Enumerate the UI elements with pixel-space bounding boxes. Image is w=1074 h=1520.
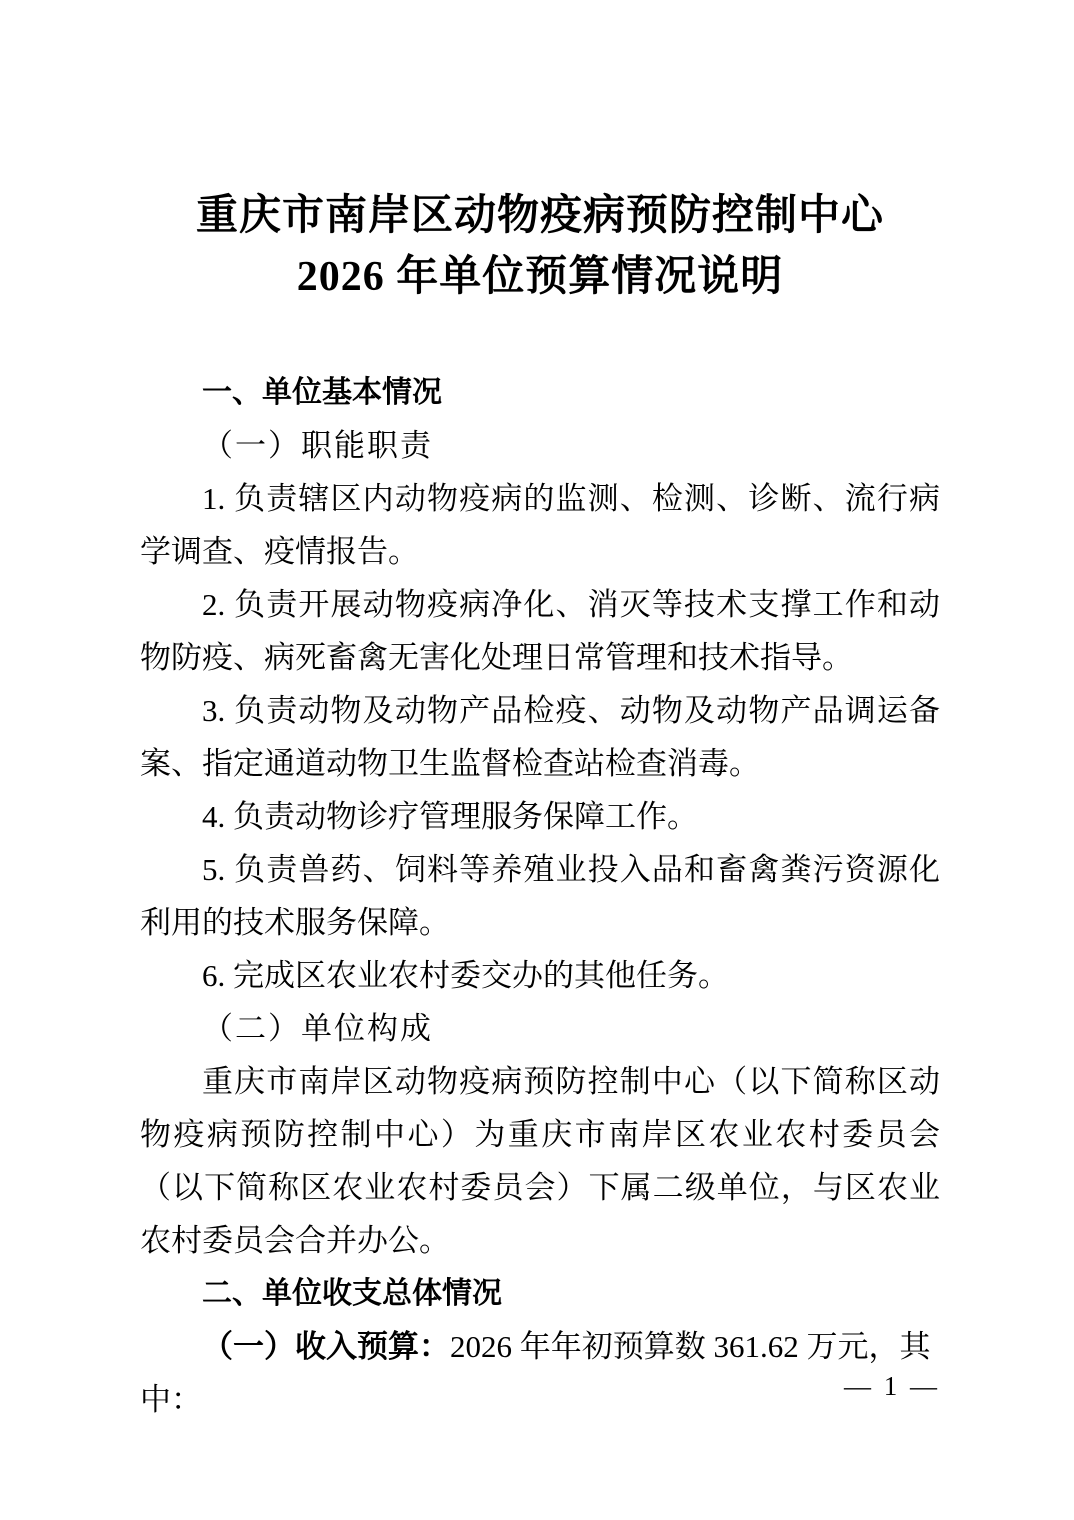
paragraph-income-budget-lead: （一）收入预算： xyxy=(202,1329,450,1364)
paragraph-composition: 重庆市南岸区动物疫病预防控制中心（以下简称区动物疫病预防控制中心）为重庆市南岸区… xyxy=(140,1055,940,1267)
subsection-heading-duties: （一）职能职责 xyxy=(140,419,940,472)
document-title-line-1: 重庆市南岸区动物疫病预防控制中心 xyxy=(140,186,940,247)
paragraph-duty-4: 4. 负责动物诊疗管理服务保障工作。 xyxy=(140,790,940,843)
paragraph-duty-2: 2. 负责开展动物疫病净化、消灭等技术支撑工作和动物防疫、病死畜禽无害化处理日常… xyxy=(140,578,940,684)
paragraph-duty-1: 1. 负责辖区内动物疫病的监测、检测、诊断、流行病学调查、疫情报告。 xyxy=(140,472,940,578)
subsection-heading-composition: （二）单位构成 xyxy=(140,1002,940,1055)
paragraph-duty-6: 6. 完成区农业农村委交办的其他任务。 xyxy=(140,949,940,1002)
document-page: 重庆市南岸区动物疫病预防控制中心 2026 年单位预算情况说明 一、单位基本情况… xyxy=(0,0,1074,1520)
document-title-line-2: 2026 年单位预算情况说明 xyxy=(140,247,940,308)
paragraph-duty-5: 5. 负责兽药、饲料等养殖业投入品和畜禽粪污资源化利用的技术服务保障。 xyxy=(140,843,940,949)
section-heading-budget-overview: 二、单位收支总体情况 xyxy=(140,1267,940,1320)
page-number: — 1 — xyxy=(844,1371,940,1402)
paragraph-income-budget: （一）收入预算：2026 年年初预算数 361.62 万元，其中： xyxy=(140,1320,940,1426)
document-content: 重庆市南岸区动物疫病预防控制中心 2026 年单位预算情况说明 一、单位基本情况… xyxy=(140,186,940,1426)
paragraph-duty-3: 3. 负责动物及动物产品检疫、动物及动物产品调运备案、指定通道动物卫生监督检查站… xyxy=(140,684,940,790)
document-body: 一、单位基本情况 （一）职能职责 1. 负责辖区内动物疫病的监测、检测、诊断、流… xyxy=(140,366,940,1426)
document-title: 重庆市南岸区动物疫病预防控制中心 2026 年单位预算情况说明 xyxy=(140,186,940,308)
section-heading-basic-info: 一、单位基本情况 xyxy=(140,366,940,419)
